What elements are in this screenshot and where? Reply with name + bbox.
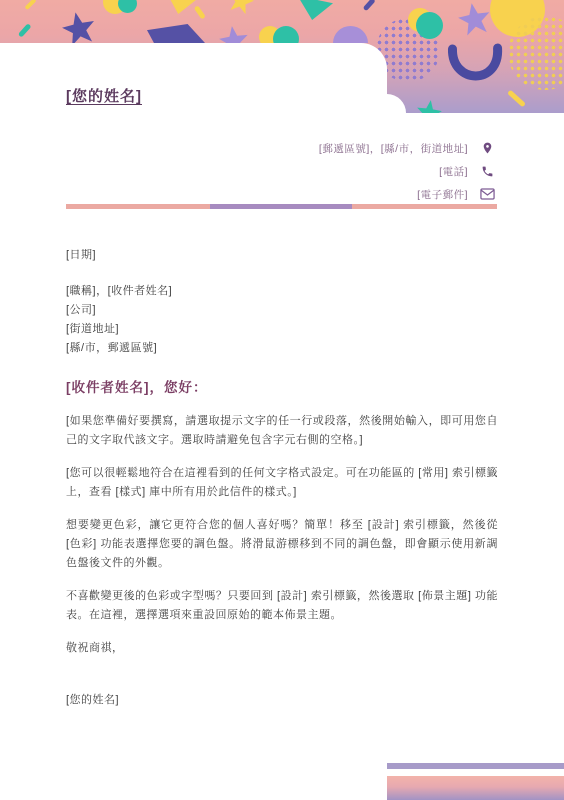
body-paragraph: [您可以很輕鬆地符合在這裡看到的任何文字格式設定。可在功能區的 [常用] 索引標… <box>66 464 498 502</box>
recipient-line[interactable]: [街道地址] <box>66 320 498 339</box>
letter-page: [您的姓名] [郵遞區號]，[縣/市，街道地址] [電話] [電子郵件] <box>0 0 564 800</box>
recipient-line[interactable]: [公司] <box>66 301 498 320</box>
tricolor-divider <box>66 204 497 209</box>
date-placeholder[interactable]: [日期] <box>66 246 498 265</box>
contact-block: [郵遞區號]，[縣/市，街道地址] [電話] [電子郵件] <box>319 140 496 202</box>
greeting-line[interactable]: [收件者姓名]，您好： <box>66 378 498 397</box>
envelope-icon <box>479 188 496 200</box>
body-paragraph: 不喜歡變更後的色彩或字型嗎？只要回到 [設計] 索引標籤，然後選取 [佈景主題]… <box>66 587 498 625</box>
phone-icon <box>479 165 496 178</box>
signature-placeholder[interactable]: [您的姓名] <box>66 691 498 710</box>
closing-line: 敬祝商祺， <box>66 639 498 658</box>
contact-address-row: [郵遞區號]，[縣/市，街道地址] <box>319 140 496 156</box>
contact-email-row: [電子郵件] <box>319 186 496 202</box>
phone-placeholder[interactable]: [電話] <box>439 164 468 179</box>
recipient-line[interactable]: [縣/市，郵遞區號] <box>66 339 498 358</box>
email-placeholder[interactable]: [電子郵件] <box>417 187 468 202</box>
recipient-line[interactable]: [職稱]，[收件者姓名] <box>66 282 498 301</box>
address-placeholder[interactable]: [郵遞區號]，[縣/市，街道地址] <box>319 141 468 156</box>
body-paragraph: [如果您準備好要撰寫，請選取提示文字的任一行或段落，然後開始輸入，即可用您自己的… <box>66 412 498 450</box>
contact-phone-row: [電話] <box>319 163 496 179</box>
body-paragraph: 想要變更色彩，讓它更符合您的個人喜好嗎？簡單！移至 [設計] 索引標籤，然後從 … <box>66 516 498 573</box>
letter-body: [日期] [職稱]，[收件者姓名] [公司] [街道地址] [縣/市，郵遞區號]… <box>66 246 498 710</box>
your-name-placeholder[interactable]: [您的姓名] <box>66 85 142 106</box>
location-pin-icon <box>479 140 496 156</box>
